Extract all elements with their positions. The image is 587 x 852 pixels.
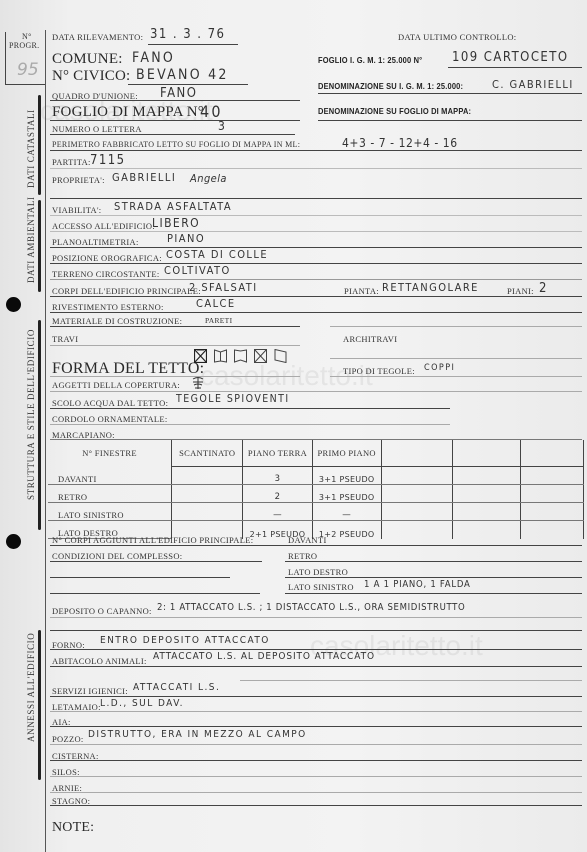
scolo-value[interactable]: TEGOLE SPIOVENTI (176, 393, 290, 405)
windows-table-header: N° FinestreScantinatoPiano terraPrimo pi… (48, 440, 584, 467)
table-cell[interactable] (452, 521, 520, 539)
table-cell[interactable] (452, 503, 520, 521)
column-header (381, 440, 452, 467)
corpi-davanti-label: Davanti (288, 535, 327, 545)
forno-value[interactable]: ENTRO DEPOSITO ATTACCATO (100, 635, 270, 646)
corpi-aggiunti-label: N° corpi aggiunti all'edificio principal… (52, 535, 253, 545)
posizione-value[interactable]: COSTA DI COLLE (166, 248, 268, 261)
piani-label: Piani: (507, 286, 534, 296)
section-brace (38, 95, 41, 195)
table-row: Retro23+1 PSEUDO (48, 485, 584, 503)
table-cell[interactable] (172, 503, 243, 521)
terreno-value[interactable]: COLTIVATO (164, 264, 231, 277)
table-cell[interactable]: — (312, 503, 381, 521)
numero-label: Numero o lettera (52, 124, 142, 134)
comune-value[interactable]: FANO (132, 50, 175, 66)
pianta-value[interactable]: RETTANGOLARE (382, 281, 479, 294)
abitacolo-label: Abitacolo animali: (52, 656, 147, 666)
numero-value[interactable]: 3 (218, 119, 226, 133)
progr-number: 95 (17, 60, 39, 80)
materiale-label: Materiale di costruzione: (52, 316, 182, 326)
progr-label: PROGR. (9, 41, 39, 50)
hip-roof-selected-icon[interactable] (194, 349, 207, 363)
section-label-annessi: Annessi all'edificio (26, 633, 36, 742)
partita-label: Partita: (52, 157, 91, 167)
table-cell[interactable]: 2 (243, 485, 312, 503)
column-header (521, 440, 584, 467)
perimetro-label: Perimetro fabbricato letto su foglio di … (52, 140, 300, 149)
denominazione-mappa-label: DENOMINAZIONE SU FOGLIO DI MAPPA: (318, 106, 471, 116)
gable-roof-icon[interactable] (214, 349, 227, 363)
letamaio-value[interactable]: L.D., SUL DAV. (100, 698, 184, 709)
proprieta-value-surname[interactable]: GABRIELLI (112, 171, 176, 184)
servizi-label: Servizi igienici: (52, 686, 128, 696)
condizioni-label: Condizioni del complesso: (52, 551, 182, 561)
tipo-tegole-label: Tipo di tegole: (343, 366, 415, 376)
pianta-label: Pianta: (344, 286, 379, 296)
cordolo-label: Cordolo ornamentale: (52, 414, 168, 424)
foglio-mappa-label: Foglio di mappa N° (52, 104, 204, 121)
table-cell[interactable] (521, 485, 584, 503)
posizione-label: Posizione orografica: (52, 253, 162, 263)
table-row: Davanti33+1 PSEUDO (48, 467, 584, 485)
accesso-label: Accesso all'edificio: (52, 221, 155, 231)
section-brace (38, 200, 41, 292)
section-label-ambientali: Dati ambientali (26, 196, 36, 283)
rivestimento-value[interactable]: CALCE (196, 297, 236, 310)
note-label: Note: (52, 820, 94, 836)
piani-value[interactable]: 2 (539, 281, 548, 296)
data-rilevamento-label: Data rilevamento: (52, 32, 143, 42)
table-cell[interactable]: — (243, 503, 312, 521)
quadro-value[interactable]: FANO (160, 86, 197, 101)
table-row: Lato sinistro—— (48, 503, 584, 521)
table-cell[interactable]: 3 (243, 467, 312, 485)
data-rilevamento-value[interactable]: 31 . 3 . 76 (150, 27, 225, 42)
terreno-label: Terreno circostante: (52, 269, 160, 279)
row-label: Retro (48, 485, 172, 503)
windows-table: N° FinestreScantinatoPiano terraPrimo pi… (48, 440, 584, 539)
section-label-catastali: Dati catastali (26, 109, 36, 188)
section-label-struttura: Struttura e stile dell'edificio (26, 329, 36, 500)
table-cell[interactable] (381, 467, 452, 485)
table-cell[interactable] (381, 485, 452, 503)
materiale-sub-label: Pareti (205, 316, 232, 325)
table-cell[interactable] (452, 485, 520, 503)
corpi-lato-sinistro-value[interactable]: 1 A 1 PIANO, 1 FALDA (364, 579, 471, 590)
travi-label: Travi (52, 334, 78, 344)
perimetro-value[interactable]: 4+3 - 7 - 12+4 - 16 (342, 136, 458, 150)
accesso-value[interactable]: LIBERO (152, 216, 200, 230)
planoaltimetria-label: Planoaltimetria: (52, 237, 139, 247)
corpi-label: Corpi dell'edificio principale: (52, 286, 201, 296)
row-label: Davanti (48, 467, 172, 485)
column-header: Scantinato (172, 440, 243, 467)
table-cell[interactable] (381, 503, 452, 521)
section-brace (38, 320, 41, 530)
section-brace (38, 630, 41, 780)
architravi-label: Architravi (343, 334, 397, 344)
gable-roof-variant-icon[interactable] (234, 349, 247, 363)
deposito-value[interactable]: 2: 1 ATTACCATO L.S. ; 1 DISTACCATO L.S.,… (157, 602, 465, 613)
rivestimento-label: Rivestimento esterno: (52, 302, 164, 312)
tipo-tegole-value[interactable]: COPPI (424, 363, 455, 373)
denominazione-igm-label: DENOMINAZIONE SU I. G. M. 1: 25.000: (318, 81, 463, 91)
binder-hole-icon (6, 534, 21, 549)
foglio-igm-label: FOGLIO I. G. M. 1: 25.000 N° (318, 55, 422, 65)
column-header: N° Finestre (48, 440, 172, 467)
table-cell[interactable] (381, 521, 452, 539)
progr-label: N° (22, 32, 32, 41)
civico-label: N° Civico: (52, 68, 130, 85)
table-cell[interactable]: 3+1 PSEUDO (312, 485, 381, 503)
proprieta-label: Proprieta': (52, 175, 105, 185)
pozzo-label: Pozzo: (52, 734, 84, 744)
denominazione-igm-value[interactable]: C. GABRIELLI (492, 78, 574, 91)
survey-form-page: casolaritetto.it casolaritetto.it casola… (0, 0, 587, 852)
planoaltimetria-value[interactable]: PIANO (167, 232, 205, 245)
aggetti-label: Aggetti della copertura: (52, 380, 180, 390)
foglio-igm-value[interactable]: 109 CARTOCETO (452, 50, 569, 65)
table-cell[interactable] (452, 467, 520, 485)
scolo-label: Scolo acqua dal tetto: (52, 398, 168, 408)
comune-label: Comune: (52, 51, 123, 68)
shed-roof-icon[interactable] (274, 349, 287, 363)
deposito-label: Deposito o capanno: (52, 606, 152, 616)
column-header: Piano terra (243, 440, 312, 467)
cornice-sketch-icon (191, 376, 205, 390)
table-cell[interactable] (172, 485, 243, 503)
table-cell[interactable] (521, 467, 584, 485)
table-cell[interactable] (521, 521, 584, 539)
table-cell[interactable] (521, 503, 584, 521)
corpi-lato-sinistro-label: Lato sinistro (288, 582, 354, 592)
abitacolo-value[interactable]: ATTACCATO L.S. AL DEPOSITO ATTACCATO (153, 651, 375, 662)
viabilita-label: Viabilita': (52, 205, 101, 215)
pozzo-value[interactable]: DISTRUTTO, ERA IN MEZZO AL CAMPO (88, 729, 307, 740)
civico-value[interactable]: BEVANO 42 (136, 67, 229, 83)
column-header: Primo piano (312, 440, 381, 467)
binder-hole-icon (6, 297, 21, 312)
table-cell[interactable] (172, 467, 243, 485)
column-header (452, 440, 520, 467)
roof-shape-selector (194, 347, 290, 365)
viabilita-value[interactable]: STRADA ASFALTATA (114, 200, 232, 213)
partita-value[interactable]: 7115 (90, 153, 126, 168)
table-cell[interactable]: 3+1 PSEUDO (312, 467, 381, 485)
row-label: Lato sinistro (48, 503, 172, 521)
corpi-retro-label: Retro (288, 551, 317, 561)
corpi-value[interactable]: 2 SFALSATI (189, 281, 258, 294)
proprieta-value-name[interactable]: Angela (190, 172, 227, 185)
servizi-value[interactable]: ATTACCATI L.S. (133, 682, 220, 693)
hip-roof-icon[interactable] (254, 349, 267, 363)
data-ultimo-controllo-label: Data ultimo controllo: (398, 32, 516, 42)
corpi-lato-destro-label: Lato destro (288, 567, 348, 577)
